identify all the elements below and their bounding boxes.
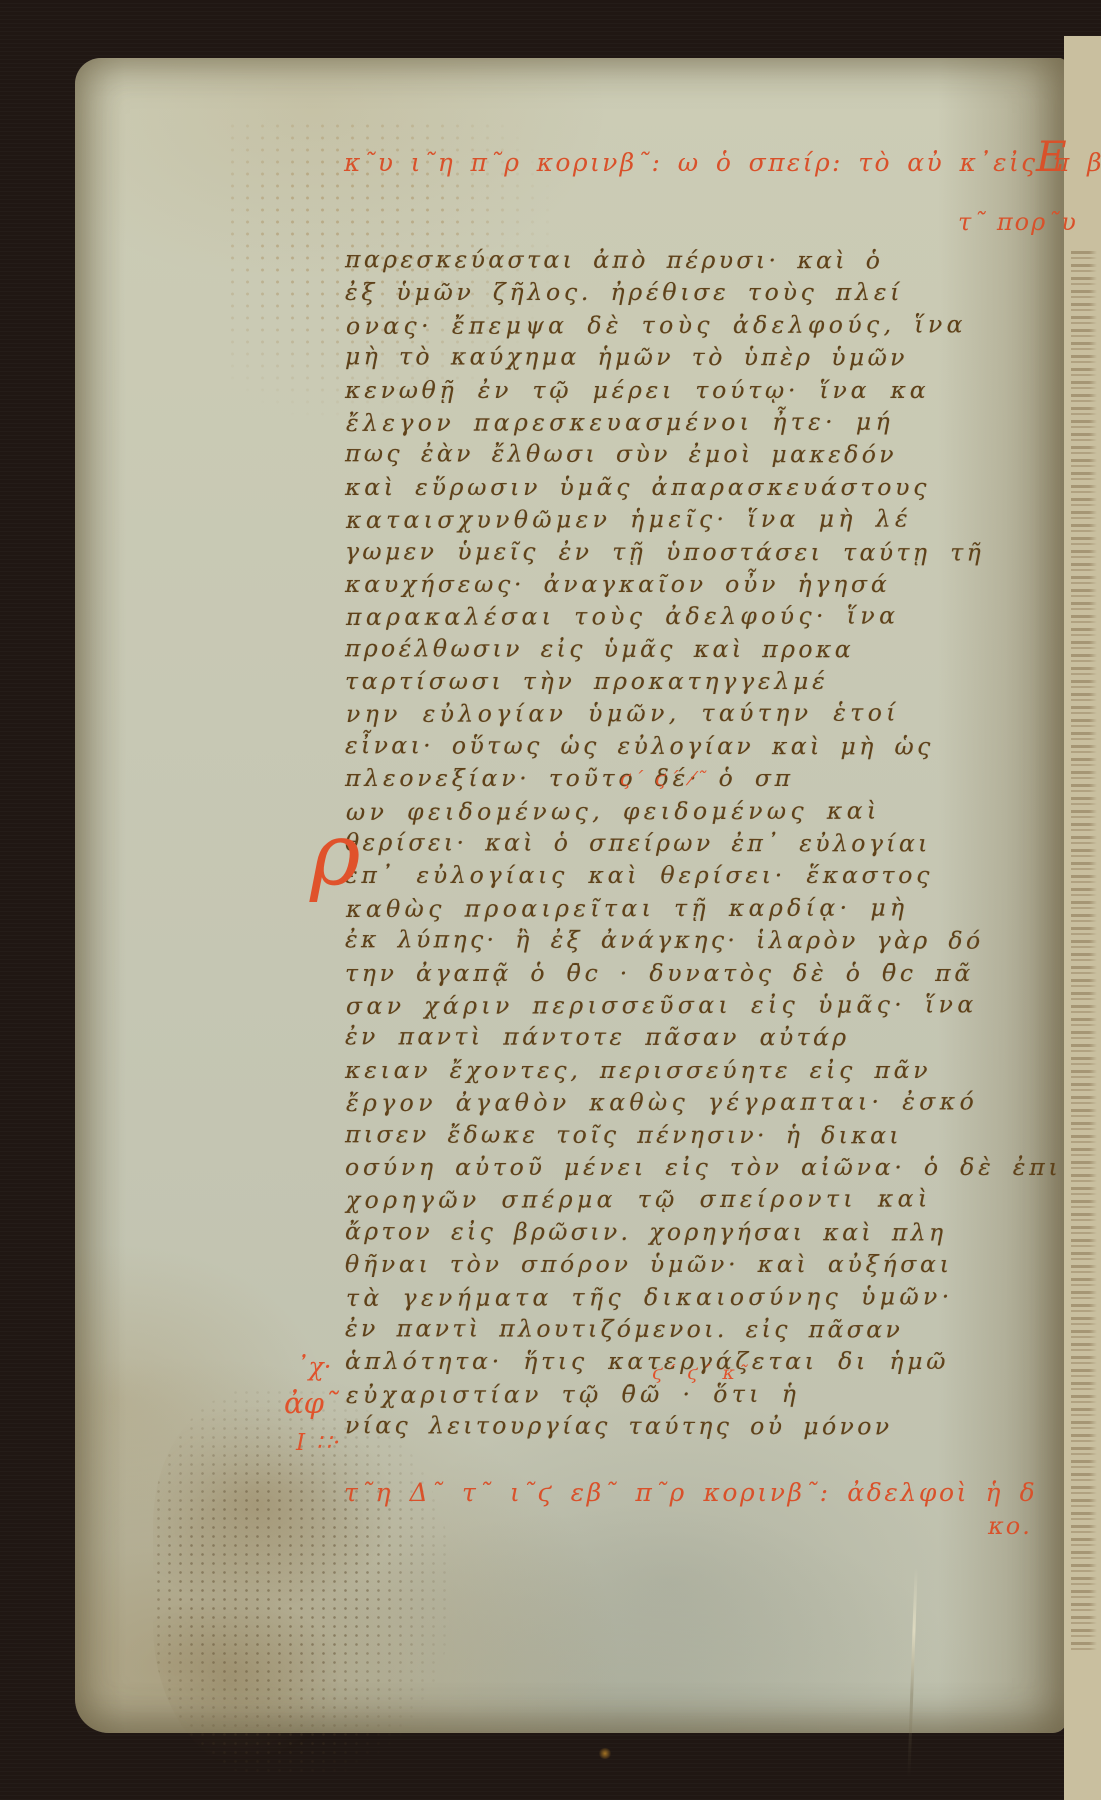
- text-line: νίας λειτουργίας ταύτης οὐ μόνον: [345, 1411, 1075, 1445]
- text-line: ἐν παντὶ πάντοτε πᾶσαν αὐτάρ: [345, 1023, 1075, 1057]
- text-line: ἔργον ἀγαθὸν καθὼς γέγραπται· ἐσκό: [346, 1087, 1076, 1121]
- text-line: πλεονεξίαν· τοῦτο δέ· ὁ σπ: [345, 764, 1075, 796]
- parchment-stain-spot: [598, 1748, 612, 1759]
- text-line: καυχήσεως· ἀναγκαῖον οὖν ἡγησά: [345, 570, 1075, 602]
- text-line: θῆναι τὸν σπόρον ὑμῶν· καὶ αὐξήσαι: [345, 1250, 1075, 1282]
- text-line: ονας· ἔπεμψα δὲ τοὺς ἀδελφούς, ἵνα: [346, 310, 1076, 344]
- text-line: σαν χάριν περισσεῦσαι εἰς ὑμᾶς· ἵνα: [346, 990, 1076, 1024]
- text-line: καθὼς προαιρεῖται τῇ καρδίᾳ· μὴ: [346, 893, 1076, 927]
- margin-arche-aph-mark: ἀφ῀: [284, 1386, 338, 1420]
- text-line: κενωθῇ ἐν τῷ μέρει τούτῳ· ἵνα κα: [345, 376, 1075, 408]
- text-line: νην εὐλογίαν ὑμῶν, ταύτην ἑτοί: [346, 699, 1076, 733]
- text-line: ταρτίσωσι τὴν προκατηγγελμέ: [345, 667, 1075, 699]
- text-line: κειαν ἔχοντες, περισσεύητε εἰς πᾶν: [345, 1056, 1075, 1088]
- parchment-crease: [907, 1568, 917, 1778]
- manuscript-text-block: παρεσκεύασται ἀπὸ πέρυσι· καὶ ὁἐξ ὑμῶν ζ…: [345, 246, 1075, 1444]
- text-line: ἐξ ὑμῶν ζῆλος. ἠρέθισε τοὺς πλεί: [345, 278, 1075, 310]
- lection-heading-bottom-subline: κο.: [988, 1512, 1032, 1540]
- text-line: ἄρτον εἰς βρῶσιν. χορηγήσαι καὶ πλη: [345, 1217, 1075, 1251]
- lection-heading-flourish: Ε: [1036, 132, 1067, 181]
- lection-heading-top-subline: τ῀ πορ῀υ: [958, 208, 1078, 236]
- text-line: προέλθωσιν εἰς ὑμᾶς καὶ προκα: [345, 634, 1075, 668]
- margin-arche-chi-mark: ᾿χ·: [296, 1352, 332, 1381]
- margin-four-dot-mark: Ι ∷·: [296, 1430, 342, 1456]
- lection-end-marker: ϛ´ ϛ´ ⁄῀: [620, 768, 709, 790]
- text-line: την ἀγαπᾷ ὁ θ̄ϲ · δυνατὸς δὲ ὁ θ̄ϲ πᾶ: [345, 959, 1075, 991]
- text-line: πισεν ἔδωκε τοῖς πένησιν· ἡ δικαι: [345, 1120, 1075, 1154]
- text-line: καταισχυνθῶμεν ἡμεῖς· ἵνα μὴ λέ: [346, 504, 1076, 538]
- text-line: ἐκ λύπης· ἢ ἐξ ἀνάγκης· ἱλαρὸν γὰρ δό: [345, 925, 1075, 959]
- text-line: ἔλεγον παρεσκευασμένοι ἦτε· μή: [346, 407, 1076, 441]
- text-line: παρεσκεύασται ἀπὸ πέρυσι· καὶ ὁ: [345, 245, 1075, 279]
- text-line: γωμεν ὑμεῖς ἐν τῇ ὑποστάσει ταύτῃ τῆ: [345, 537, 1075, 571]
- text-line: οσύνη αὐτοῦ μένει εἰς τὸν αἰῶνα· ὁ δὲ ἐπ…: [345, 1153, 1075, 1185]
- lection-heading-top: κ῀υ ι῀η π῀ρ κορινβ῀: ω ὁ σπείρ: τὸ αὐ κ᾽…: [344, 148, 1084, 177]
- text-line: χορηγῶν σπέρμα τῷ σπείροντι καὶ: [346, 1184, 1076, 1218]
- text-line: ἐν παντὶ πλουτιζόμενοι. εἰς πᾶσαν: [345, 1314, 1075, 1348]
- text-line: ἐπ᾽ εὐλογίαις καὶ θερίσει· ἕκαστος: [345, 861, 1075, 893]
- text-line: παρακαλέσαι τοὺς ἀδελφούς· ἵνα: [346, 601, 1076, 635]
- lection-heading-bottom: τ῀η Δ῀ τ῀ ι῀ϛ εβ῀ π῀ρ κορινβ῀: ἀδελφοὶ ἡ…: [344, 1478, 1084, 1507]
- text-line: θερίσει· καὶ ὁ σπείρων ἐπ᾽ εὐλογίαι: [345, 828, 1075, 862]
- text-line: πως ἐὰν ἔλθωσι σὺν ἐμοὶ μακεδόν: [345, 440, 1075, 474]
- text-line: μὴ τὸ καύχημα ἡμῶν τὸ ὑπὲρ ὑμῶν: [345, 342, 1075, 376]
- text-line: καὶ εὕρωσιν ὑμᾶς ἀπαρασκευάστους: [345, 473, 1075, 505]
- red-initial-rho: ρ: [310, 812, 361, 898]
- text-line: τὰ γενήματα τῆς δικαιοσύνης ὑμῶν·: [346, 1282, 1076, 1316]
- text-line: εἶναι· οὕτως ὡς εὐλογίαν καὶ μὴ ὡς: [345, 731, 1075, 765]
- lection-start-marker: ϛ´ ϛ´ κ῀: [652, 1362, 750, 1384]
- text-line: ων φειδομένως, φειδομένως καὶ: [346, 796, 1076, 830]
